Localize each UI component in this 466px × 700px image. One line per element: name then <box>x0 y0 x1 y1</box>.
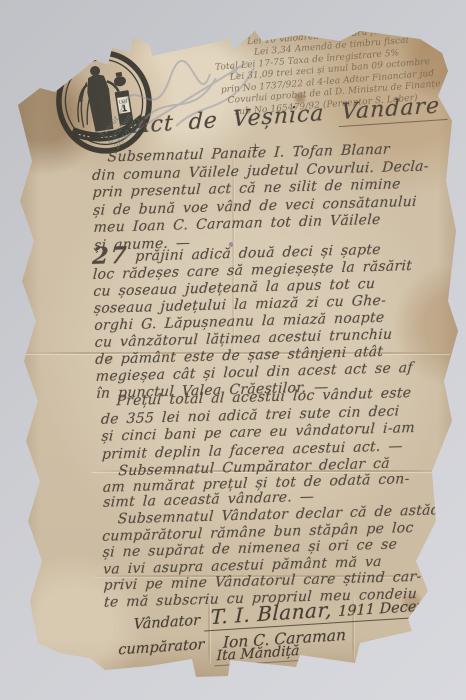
document-title: Act de Veșnica Vandare <box>133 93 448 139</box>
document-paper: LEU 1 Trecut Caraman 28/10 921 s'au înca… <box>14 26 460 678</box>
document-date: 1911 Decemb. 29 <box>338 596 466 620</box>
photo-background: LEU 1 Trecut Caraman 28/10 921 s'au înca… <box>0 0 466 700</box>
buyer-label: cumpărator <box>118 637 204 658</box>
title-tail: Vandare <box>339 93 449 127</box>
annotation-line: s'au încasat taxele cf 1920 portofel <box>212 7 466 39</box>
manuscript-paragraph: Prețul total al acestui loc vândut este … <box>100 385 415 464</box>
manuscript-paragraph: 27prăjini adică două deci și șapte loc r… <box>92 241 416 403</box>
title-lead: Act de Veșnica <box>133 101 325 139</box>
manuscript-paragraph: Subsemnatul Panaite I. Tofan Blanar din … <box>91 140 431 254</box>
manuscript-paragraph: Subsemnatul Cumpărator declar că am numă… <box>102 456 410 511</box>
manuscript-text: Act de Veșnica Vandare + Subsemnatul Pan… <box>0 0 466 700</box>
parcel-count: 27 <box>92 251 129 262</box>
seller-label: Vândator <box>133 613 200 633</box>
